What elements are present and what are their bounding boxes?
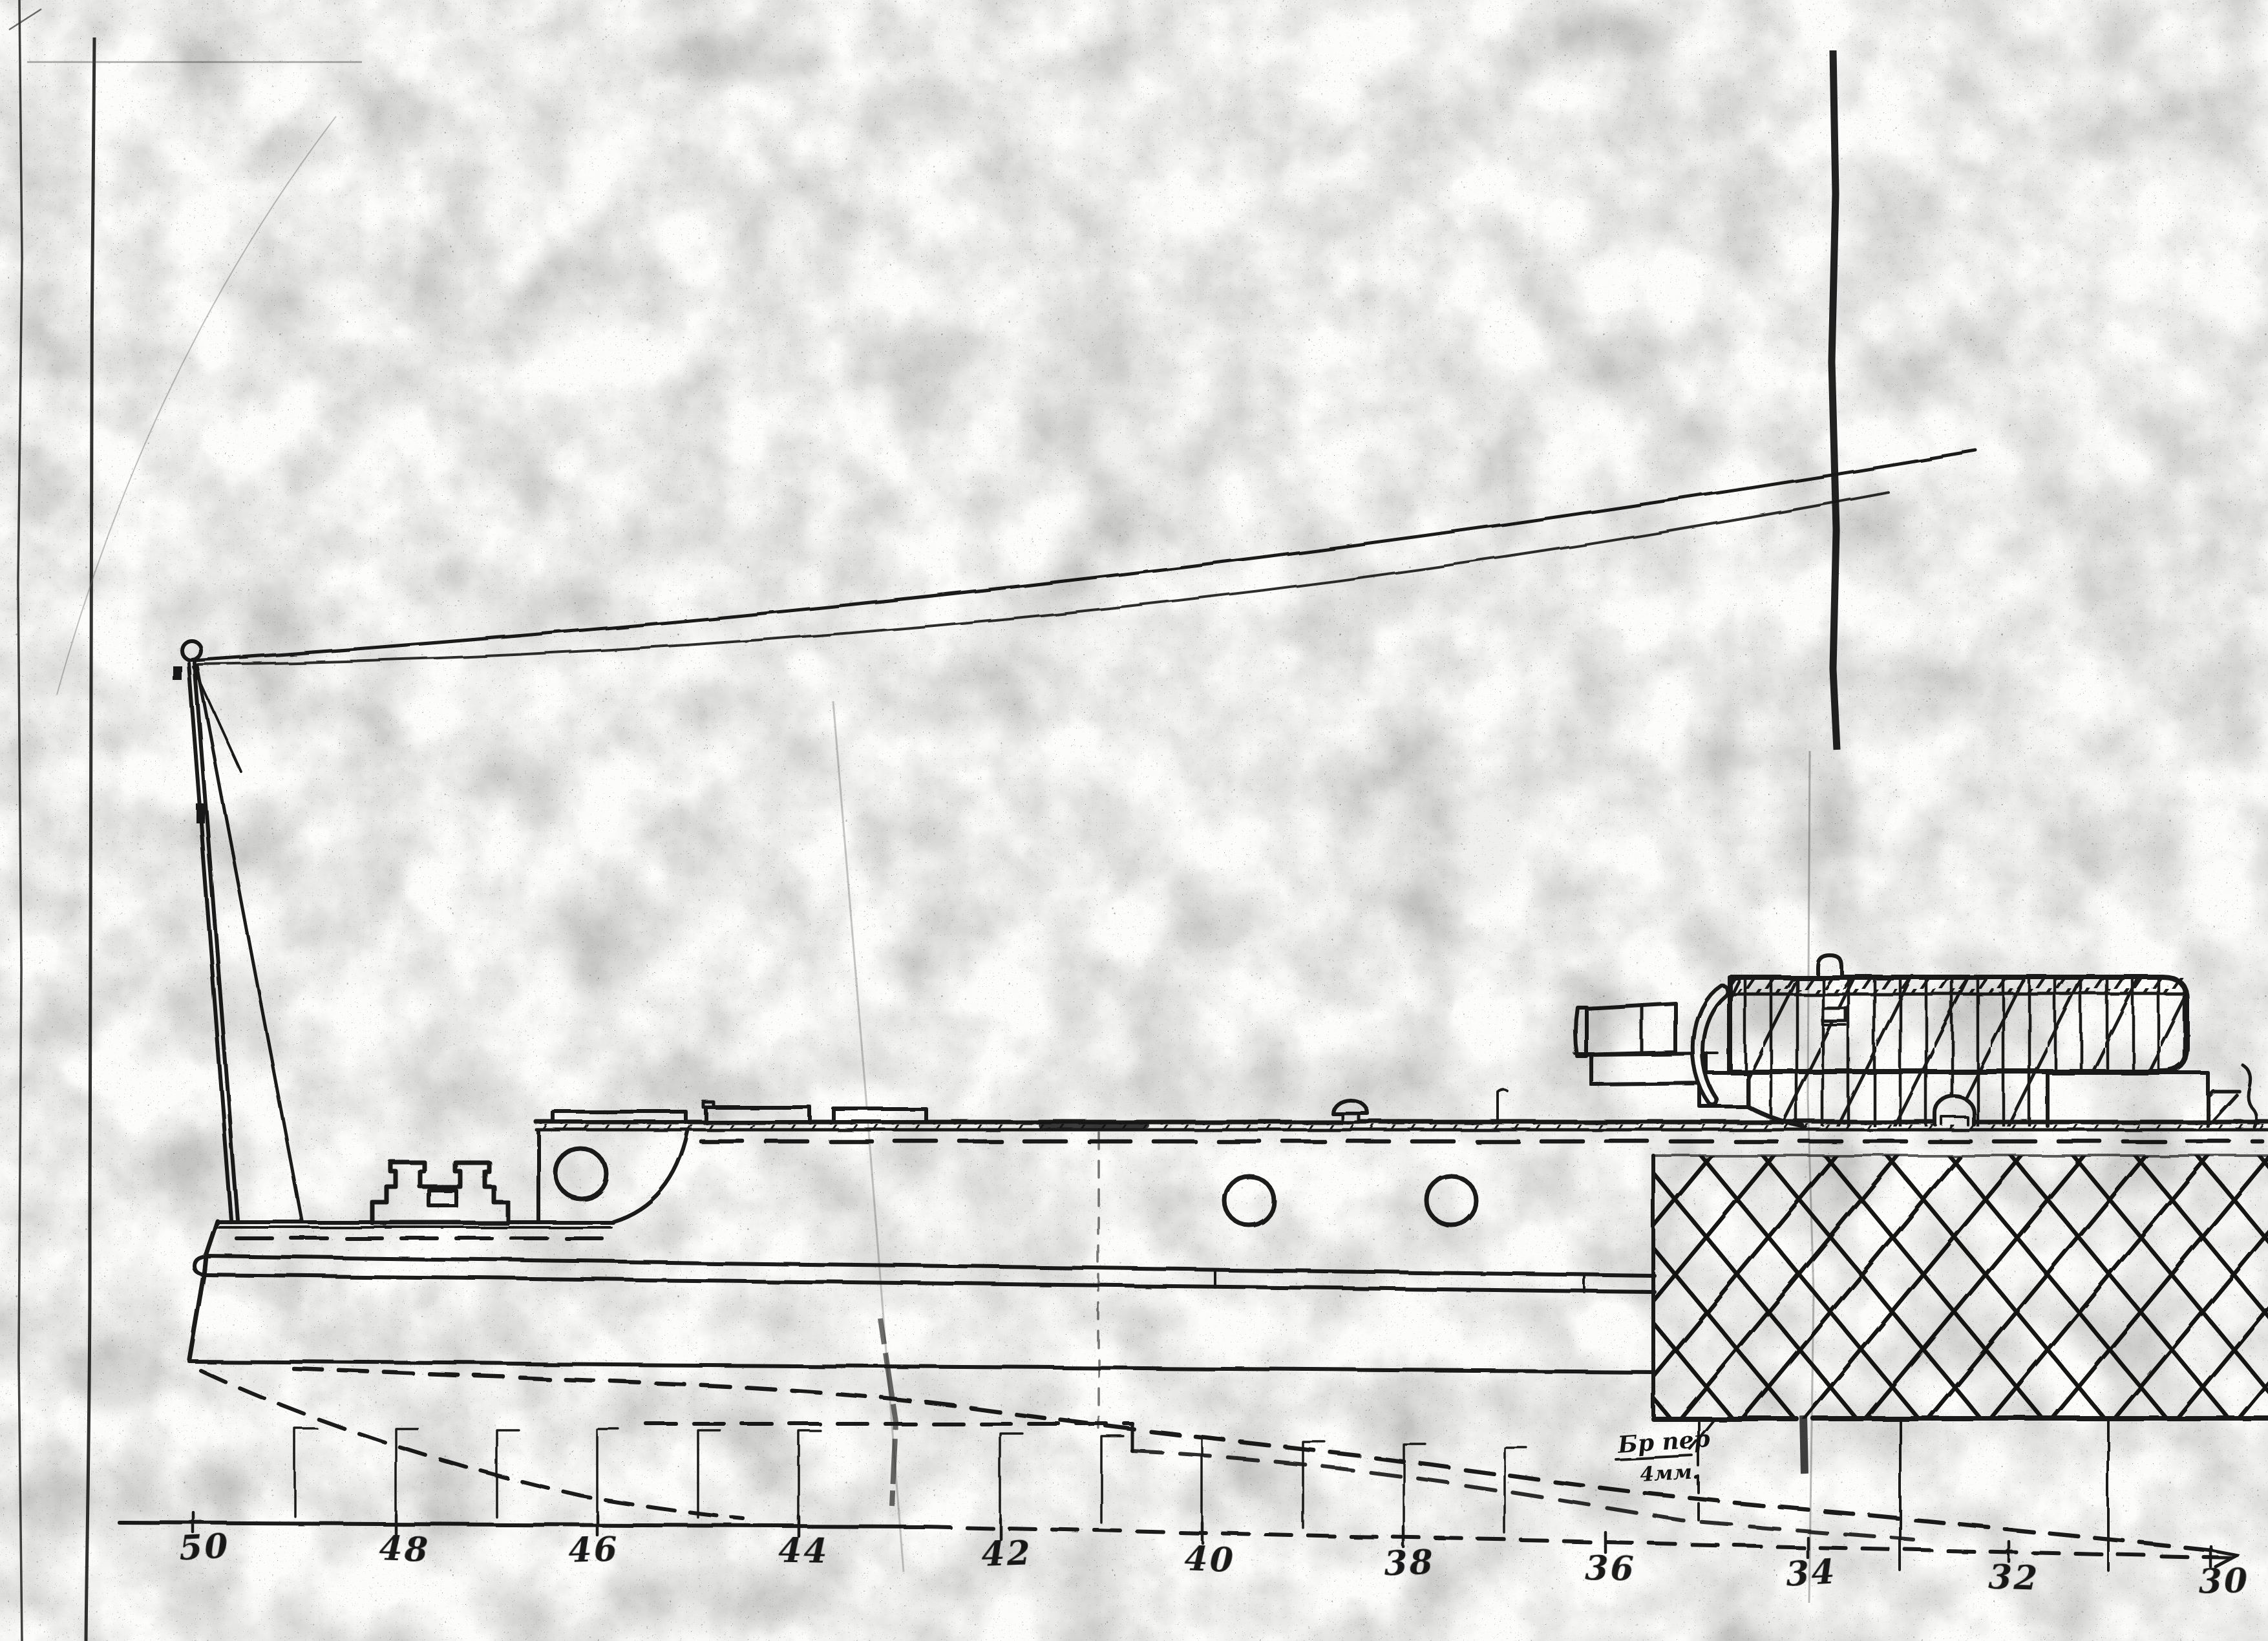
ship-drawing-canvas: 50 48 46 44 42 40 38 36 34 32 30 Бр пер … [0,0,2268,1641]
blueprint-page: 50 48 46 44 42 40 38 36 34 32 30 Бр пер … [0,0,2268,1641]
scan-noise [0,0,2268,1641]
grain-blotch-layer [0,0,2268,1641]
